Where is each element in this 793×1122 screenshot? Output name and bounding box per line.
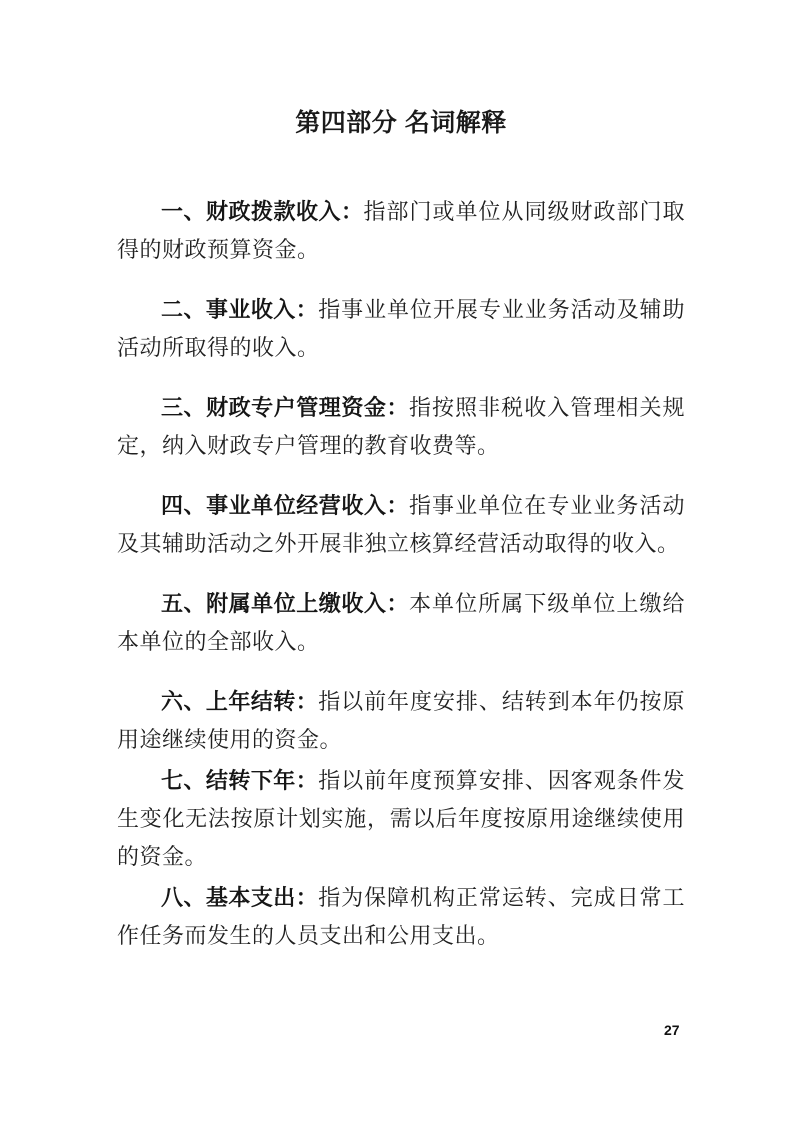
page-title: 第四部分 名词解释 — [117, 110, 685, 136]
definition-item-4: 四、事业单位经营收入：指事业单位在专业业务活动及其辅助活动之外开展非独立核算经营… — [117, 487, 685, 563]
document-body: 第四部分 名词解释 一、财政拨款收入：指部门或单位从同级财政部门取得的财政预算资… — [117, 110, 685, 955]
definition-item-6: 六、上年结转：指以前年度安排、结转到本年仍按原用途继续使用的资金。 — [117, 683, 685, 759]
term-label: 六、上年结转： — [161, 689, 318, 714]
page-number: 27 — [664, 1022, 680, 1038]
document-page: 第四部分 名词解释 一、财政拨款收入：指部门或单位从同级财政部门取得的财政预算资… — [0, 0, 793, 1122]
term-label: 五、附属单位上缴收入： — [161, 591, 409, 616]
term-label: 四、事业单位经营收入： — [161, 493, 409, 518]
term-label: 二、事业收入： — [161, 297, 318, 322]
definition-item-2: 二、事业收入：指事业单位开展专业业务活动及辅助活动所取得的收入。 — [117, 291, 685, 367]
term-label: 三、财政专户管理资金： — [161, 395, 409, 420]
definition-item-3: 三、财政专户管理资金：指按照非税收入管理相关规定，纳入财政专户管理的教育收费等。 — [117, 389, 685, 465]
term-label: 八、基本支出： — [161, 885, 318, 910]
definition-item-7: 七、结转下年：指以前年度预算安排、因客观条件发生变化无法按原计划实施，需以后年度… — [117, 762, 685, 876]
definition-item-8: 八、基本支出：指为保障机构正常运转、完成日常工作任务而发生的人员支出和公用支出。 — [117, 879, 685, 955]
term-label: 七、结转下年： — [161, 768, 318, 793]
term-label: 一、财政拨款收入： — [161, 199, 364, 224]
definition-item-1: 一、财政拨款收入：指部门或单位从同级财政部门取得的财政预算资金。 — [117, 193, 685, 269]
definition-item-5: 五、附属单位上缴收入：本单位所属下级单位上缴给本单位的全部收入。 — [117, 585, 685, 661]
